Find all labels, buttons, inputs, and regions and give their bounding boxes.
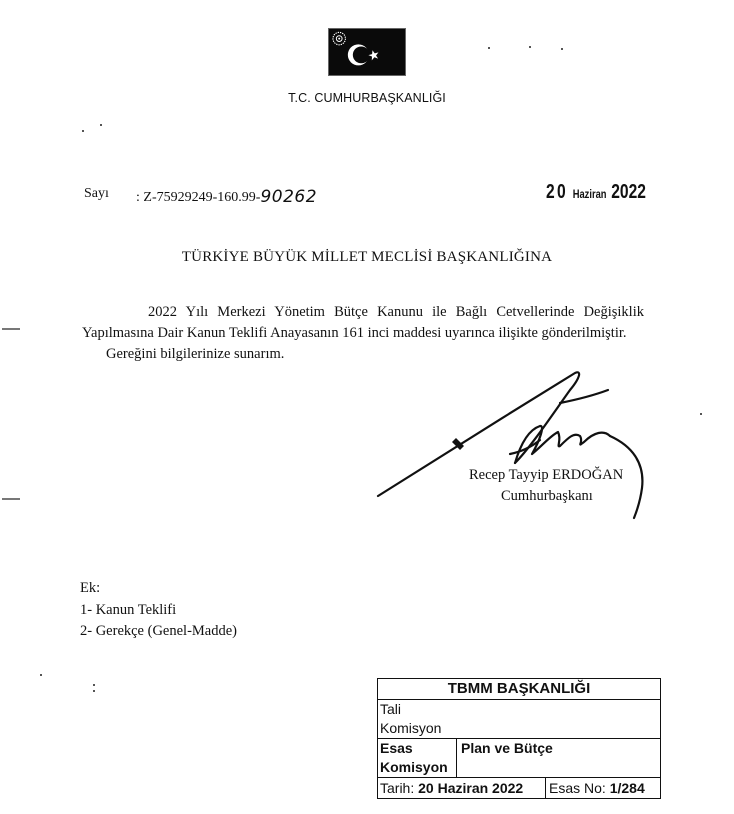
margin-mark	[2, 498, 20, 500]
letter-body: 2022 Yılı Merkezi Yönetim Bütçe Kanunu i…	[82, 302, 644, 365]
annex-label: Ek:	[80, 578, 237, 600]
esas-value: Plan ve Bütçe	[457, 739, 553, 777]
margin-mark	[2, 328, 20, 330]
scan-speck	[93, 690, 95, 692]
reference-number-printed: : Z-75929249-160.99-	[136, 190, 260, 205]
body-paragraph-main: 2022 Yılı Merkezi Yönetim Bütçe Kanunu i…	[82, 302, 644, 344]
scan-speck	[100, 124, 102, 126]
registry-stamp: TBMM BAŞKANLIĞI Tali Komisyon Esas Komis…	[377, 678, 661, 799]
stamp-number: Esas No: 1/284	[546, 778, 645, 798]
stamp-title: TBMM BAŞKANLIĞI	[378, 679, 660, 699]
scan-speck	[40, 674, 42, 676]
stamp-date: Tarih: 20 Haziran 2022	[378, 778, 546, 798]
esas-label-line-2: Komisyon	[380, 758, 456, 777]
body-paragraph-closing: Gereğini bilgilerinize sunarım.	[82, 344, 644, 365]
scan-speck	[700, 413, 702, 415]
annex-item: 2- Gerekçe (Genel-Madde)	[80, 621, 237, 643]
reference-number: : Z-75929249-160.99-90262	[136, 186, 317, 206]
institution-name: T.C. CUMHURBAŞKANLIĞI	[0, 91, 734, 105]
date-year: 2022	[611, 181, 646, 203]
esas-label: Esas Komisyon	[378, 739, 457, 777]
scan-speck	[82, 130, 84, 132]
scan-speck	[529, 46, 531, 48]
stamp-tali-row: Tali Komisyon	[378, 699, 660, 738]
date-day: 20	[546, 181, 568, 203]
addressee-heading: TÜRKİYE BÜYÜK MİLLET MECLİSİ BAŞKANLIĞIN…	[0, 249, 734, 266]
signer-name: Recep Tayyip ERDOĞAN	[469, 467, 623, 484]
stamp-esas-row: Esas Komisyon Plan ve Bütçe	[378, 738, 660, 777]
tali-label-2: Komisyon	[380, 719, 660, 738]
annex-item: 1- Kanun Teklifi	[80, 600, 237, 622]
date-stamp: 20Haziran2022	[546, 181, 646, 204]
signer-title: Cumhurbaşkanı	[501, 488, 593, 505]
esas-label-line-1: Esas	[380, 739, 456, 758]
turkish-flag-emblem-icon	[328, 28, 406, 76]
scan-speck	[488, 47, 490, 49]
date-month: Haziran	[573, 187, 607, 201]
reference-number-handwritten: 90262	[260, 187, 317, 207]
stamp-date-label: Tarih:	[380, 780, 414, 796]
annex-list: Ek: 1- Kanun Teklifi 2- Gerekçe (Genel-M…	[80, 578, 237, 643]
stamp-footer-row: Tarih: 20 Haziran 2022 Esas No: 1/284	[378, 777, 660, 798]
stamp-number-label: Esas No:	[549, 780, 606, 796]
tali-label: Tali	[380, 700, 660, 719]
stamp-date-value: 20 Haziran 2022	[418, 780, 523, 796]
flag-graphic	[329, 29, 405, 75]
scan-speck	[93, 684, 95, 686]
reference-label: Sayı	[84, 186, 109, 202]
scan-speck	[561, 48, 563, 50]
stamp-number-value: 1/284	[610, 780, 645, 796]
